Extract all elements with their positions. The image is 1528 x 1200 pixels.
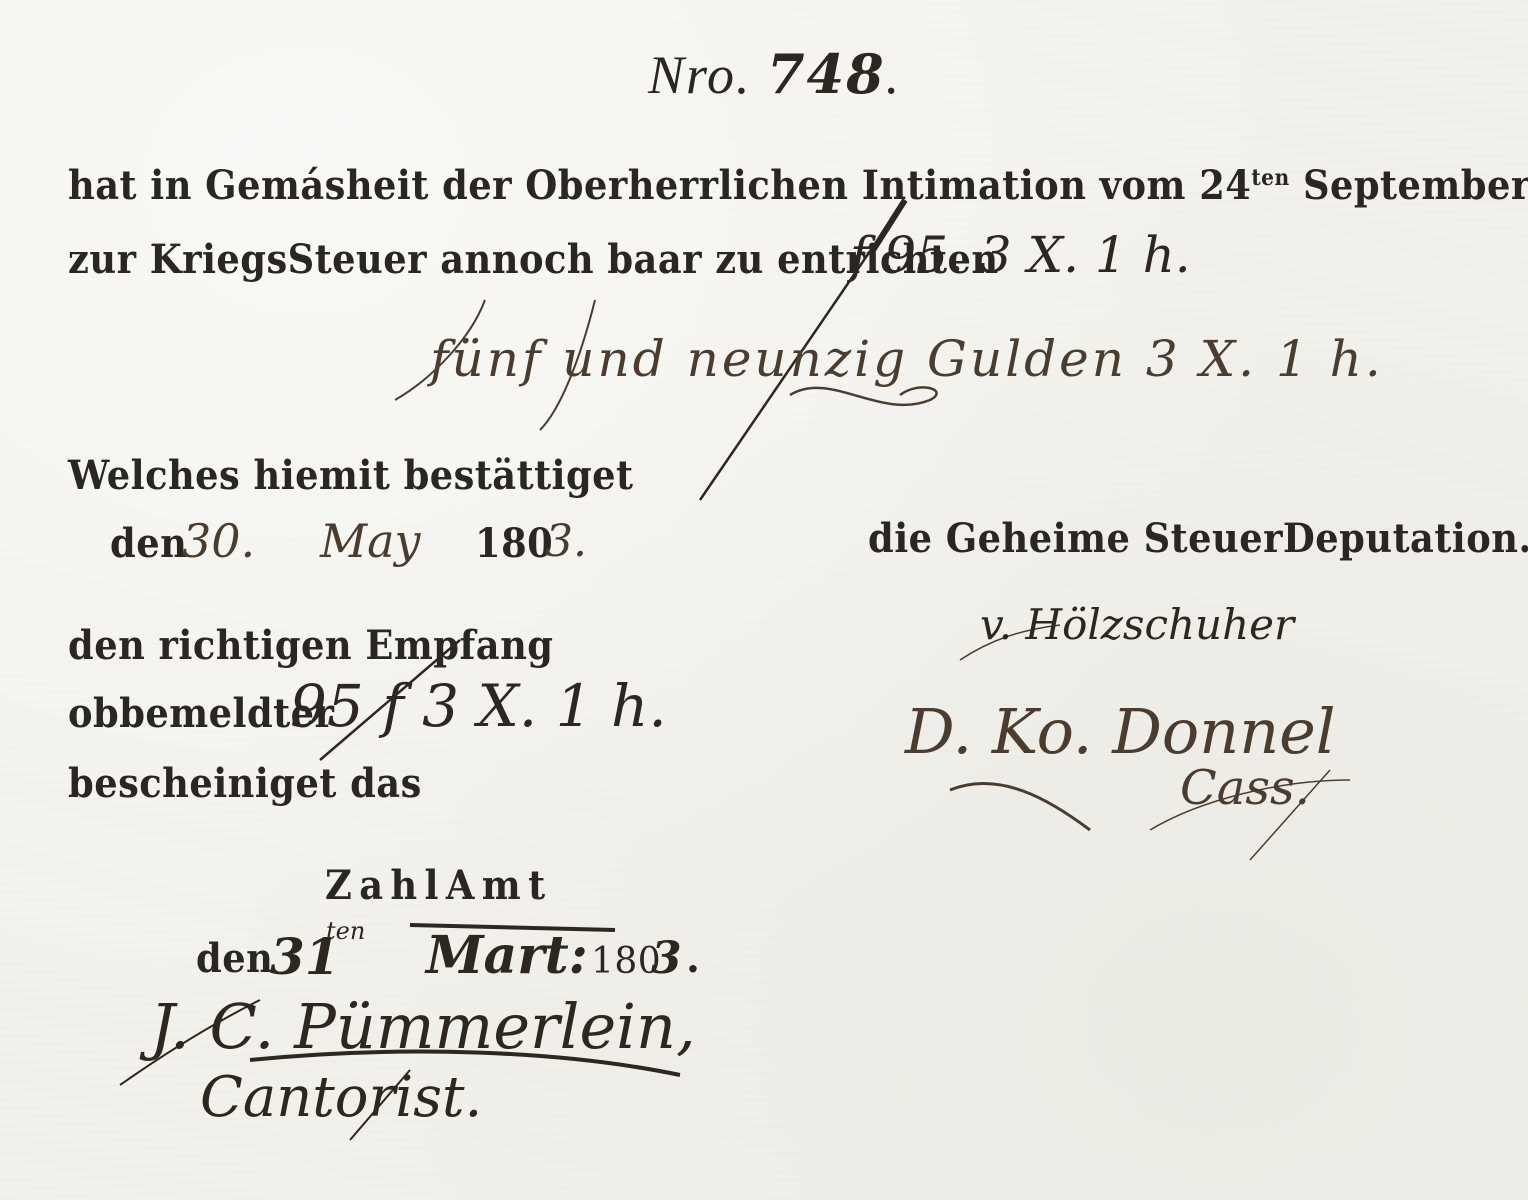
number-prefix: Nro. [648, 45, 752, 105]
confirmation-month-handwritten: May [320, 514, 421, 568]
receipt-line-3: bescheiniget das [68, 760, 422, 807]
amount-in-words-handwritten: fünf und neunzig Gulden 3 X. 1 h. [430, 330, 1384, 388]
intimation-line: hat in Gemásheit der Oberherrlichen Inti… [68, 162, 1528, 209]
confirmation-year-handwritten: 3. [545, 516, 587, 567]
zahlamt-signature-2: Cantorist. [200, 1065, 482, 1130]
zahlamt-month-handwritten: Mart: [426, 925, 588, 986]
deputation-signature-3: Cass. [1180, 760, 1310, 816]
number-suffix: . [886, 45, 902, 105]
confirmation-year-printed: 180 [475, 520, 553, 567]
zahlamt-date-prefix: den [196, 935, 273, 982]
zahlamt-heading: ZahlAmt [325, 862, 552, 909]
confirmation-text: Welches hiemit bestättiget [68, 452, 633, 499]
tax-amount-handwritten: f 95. 3 X. 1 h. [850, 226, 1191, 284]
deputation-title: die Geheime SteuerDeputation. [868, 515, 1528, 562]
receipt-line-1: den richtigen Empfang [68, 622, 553, 669]
receipt-amount-handwritten: 95 f 3 X. 1 h. [290, 672, 667, 740]
deputation-signature-1: v. Hölzschuher [980, 600, 1294, 649]
zahlamt-day-sup-handwritten: ten [326, 917, 365, 945]
confirmation-date-prefix: den [110, 520, 187, 567]
zahlamt-signature-1: J. C. Pümmerlein, [150, 990, 696, 1063]
zahlamt-date-suffix: . [686, 935, 700, 982]
intimation-date: September 1802. [1303, 162, 1528, 209]
zahlamt-year-handwritten: 3 [651, 933, 682, 984]
intimation-text: hat in Gemásheit der Oberherrlichen Inti… [68, 162, 1251, 209]
date-suffix-ten: ten [1251, 165, 1289, 191]
document-number: Nro. 748. [648, 42, 901, 106]
number-handwritten: 748 [767, 42, 886, 106]
deputation-signature-2: D. Ko. Donnel [905, 695, 1336, 768]
confirmation-day-handwritten: 30. [182, 514, 255, 568]
